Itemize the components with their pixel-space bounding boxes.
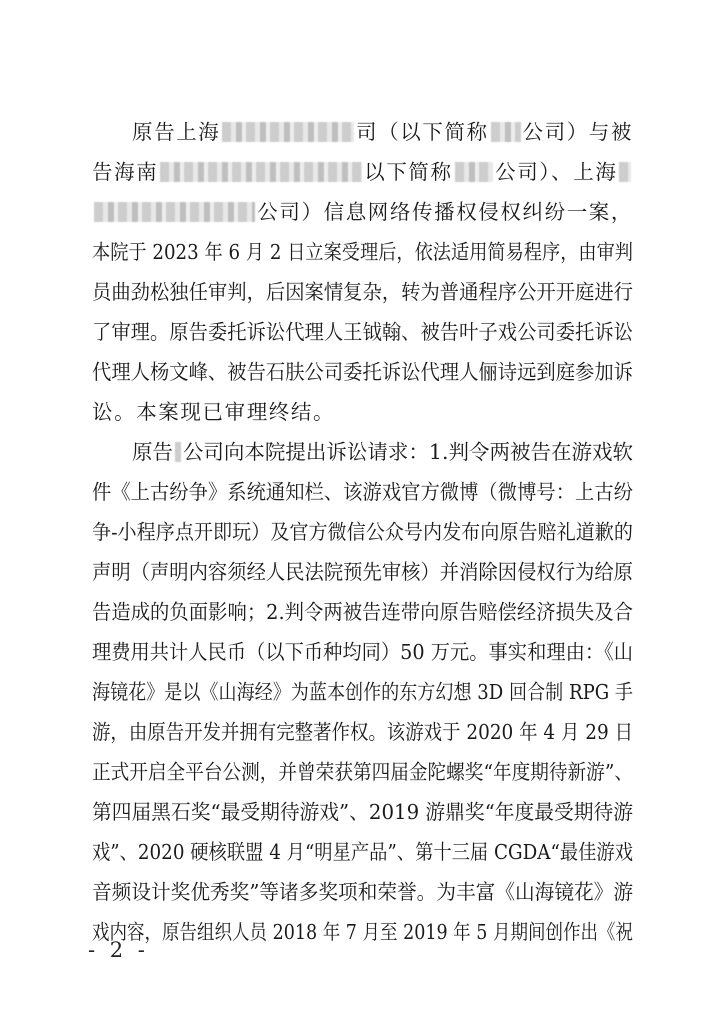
text-segment: 代理人杨文峰、被告石肤公司委托诉讼代理人俪诗远到庭参加诉 <box>92 356 633 388</box>
text-segment: 公司）信息网络传播权侵权纠纷一案， <box>257 196 633 228</box>
text-line: 音频设计奖优秀奖”等诸多奖项和荣誉。为丰富《山海镜花》游 <box>92 872 633 912</box>
text-line: 戏内容，原告组织人员 2018 年 7 月至 2019 年 5 月期间创作出《祝 <box>92 912 633 952</box>
text-segment: 讼。本案现已审理终结。 <box>92 396 335 428</box>
redacted-text <box>222 122 354 142</box>
text-line: 代理人杨文峰、被告石肤公司委托诉讼代理人俪诗远到庭参加诉 <box>92 352 633 392</box>
text-line: 了审理。原告委托诉讼代理人王钺翰、被告叶子戏公司委托诉讼 <box>92 312 633 352</box>
text-segment: 件《上古纷争》系统通知栏、该游戏官方微博（微博号：上古纷 <box>92 476 633 508</box>
text-line: 本院于 2023 年 6 月 2 日立案受理后，依法适用简易程序，由审判 <box>92 232 633 272</box>
text-segment: 公司）与被 <box>523 116 634 148</box>
text-segment: 音频设计奖优秀奖”等诸多奖项和荣誉。为丰富《山海镜花》游 <box>92 876 633 908</box>
text-line: 游，由原告开发并拥有完整著作权。该游戏于 2020 年 4 月 29 日 <box>92 712 633 752</box>
text-line: 原告公司向本院提出诉讼请求：1.判令两被告在游戏软 <box>92 432 633 472</box>
text-line: 告造成的负面影响；2.判令两被告连带向原告赔偿经济损失及合 <box>92 592 633 632</box>
text-segment: 争-小程序点开即玩）及官方微信公众号内发布向原告赔礼道歉的 <box>92 516 633 548</box>
redacted-text <box>94 202 255 222</box>
document-page: 原告上海司（以下简称公司）与被告海南以下简称公司）、上海公司）信息网络传播权侵权… <box>0 0 724 1024</box>
text-segment: 本院于 2023 年 6 月 2 日立案受理后，依法适用简易程序，由审判 <box>92 236 633 268</box>
judgment-body-text: 原告上海司（以下简称公司）与被告海南以下简称公司）、上海公司）信息网络传播权侵权… <box>92 112 633 952</box>
text-segment: 员曲劲松独任审判，后因案情复杂，转为普通程序公开开庭进行 <box>92 276 633 308</box>
text-line: 海镜花》是以《山海经》为蓝本创作的东方幻想 3D 回合制 RPG 手 <box>92 672 633 712</box>
text-segment: 理费用共计人民币（以下币种均同）50 万元。事实和理由：《山 <box>92 636 633 668</box>
redacted-text <box>160 162 362 182</box>
text-segment: 司（以下简称 <box>356 116 489 148</box>
text-segment: 戏内容，原告组织人员 2018 年 7 月至 2019 年 5 月期间创作出《祝 <box>92 916 633 948</box>
text-segment: 告造成的负面影响；2.判令两被告连带向原告赔偿经济损失及合 <box>92 596 633 628</box>
text-line: 件《上古纷争》系统通知栏、该游戏官方微博（微博号：上古纷 <box>92 472 633 512</box>
text-line: 原告上海司（以下简称公司）与被 <box>92 112 633 152</box>
text-segment: 以下简称 <box>364 156 452 188</box>
text-segment: 第四届黑石奖“最受期待游戏”、2019 游鼎奖“年度最受期待游 <box>92 796 633 828</box>
text-line: 正式开启全平台公测，并曾荣获第四届金陀螺奖“年度期待新游”、 <box>92 752 633 792</box>
text-segment: 声明（声明内容须经人民法院预先审核）并消除因侵权行为给原 <box>92 556 633 588</box>
text-segment: 原告 <box>132 436 173 468</box>
text-segment: 告海南 <box>92 156 158 188</box>
text-line: 员曲劲松独任审判，后因案情复杂，转为普通程序公开开庭进行 <box>92 272 633 312</box>
redacted-text <box>455 162 493 182</box>
text-line: 讼。本案现已审理终结。 <box>92 392 633 432</box>
text-segment: 游，由原告开发并拥有完整著作权。该游戏于 2020 年 4 月 29 日 <box>92 716 633 748</box>
redacted-text <box>175 442 181 462</box>
text-line: 理费用共计人民币（以下币种均同）50 万元。事实和理由：《山 <box>92 632 633 672</box>
text-segment: 公司向本院提出诉讼请求：1.判令两被告在游戏软 <box>183 436 633 468</box>
text-segment: 原告上海 <box>132 116 220 148</box>
text-line: 声明（声明内容须经人民法院预先审核）并消除因侵权行为给原 <box>92 552 633 592</box>
redacted-text <box>491 122 521 142</box>
text-line: 告海南以下简称公司）、上海 <box>92 152 633 192</box>
text-line: 争-小程序点开即玩）及官方微信公众号内发布向原告赔礼道歉的 <box>92 512 633 552</box>
text-line: 戏”、2020 硬核联盟 4 月“明星产品”、第十三届 CGDA“最佳游戏 <box>92 832 633 872</box>
text-segment: 戏”、2020 硬核联盟 4 月“明星产品”、第十三届 CGDA“最佳游戏 <box>92 836 633 868</box>
text-segment: 海镜花》是以《山海经》为蓝本创作的东方幻想 3D 回合制 RPG 手 <box>92 676 633 708</box>
text-line: 第四届黑石奖“最受期待游戏”、2019 游鼎奖“年度最受期待游 <box>92 792 633 832</box>
page-number: - 2 - <box>88 938 149 962</box>
redacted-text <box>619 162 631 182</box>
text-segment: 正式开启全平台公测，并曾荣获第四届金陀螺奖“年度期待新游”、 <box>92 756 633 788</box>
text-segment: 了审理。原告委托诉讼代理人王钺翰、被告叶子戏公司委托诉讼 <box>92 316 633 348</box>
text-line: 公司）信息网络传播权侵权纠纷一案， <box>92 192 633 232</box>
text-segment: 公司）、上海 <box>495 156 617 188</box>
